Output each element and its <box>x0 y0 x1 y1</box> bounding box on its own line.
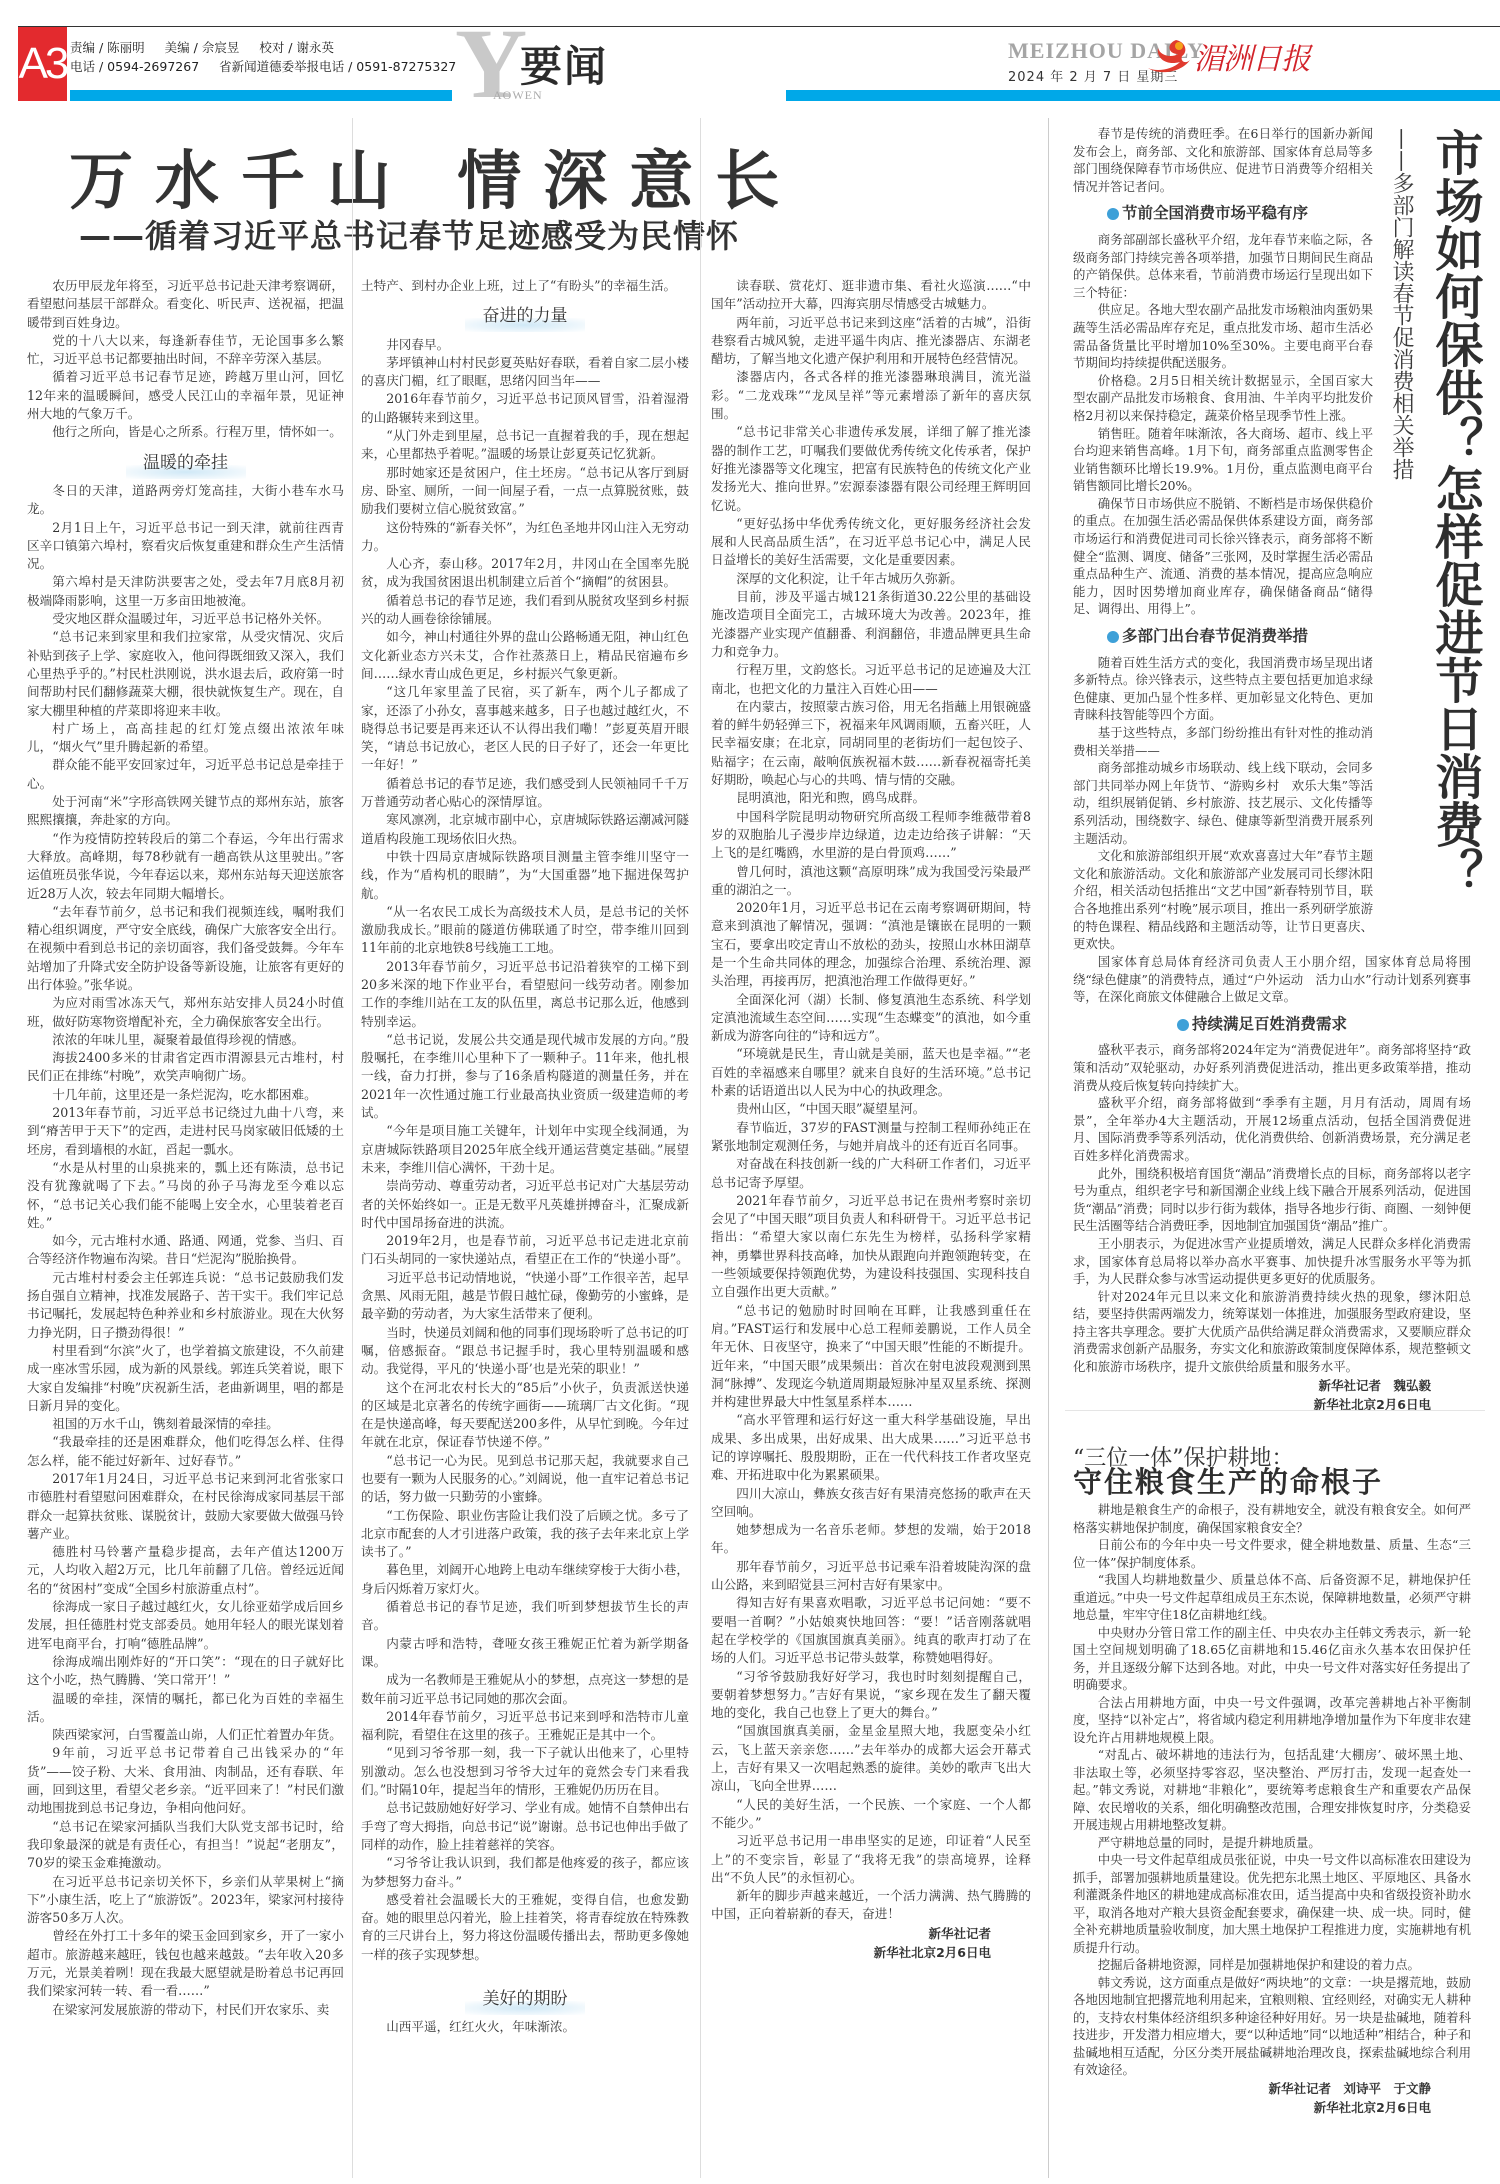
paragraph: 曾几何时，滇池这颗“高原明珠”成为我国受污染最严重的湖泊之一。 <box>711 863 1031 900</box>
lead-article-column-3: 读春联、赏花灯、逛非遗市集、看社火巡演……“中国年”活动拉开大幕，四海宾朋尽情感… <box>711 277 1031 2184</box>
paragraph: 成为一名教师是王雅妮从小的梦想，点亮这一梦想的是数年前习近平总书记同她的那次会面… <box>361 1671 689 1708</box>
section-subhead: 美好的期盼 <box>361 1990 689 2008</box>
paragraph: “我最牵挂的还是困难群众，他们吃得怎么样、住得怎么样，能不能过好新年、过好春节。… <box>27 1433 344 1470</box>
paper-logo: 湄洲日报 <box>1146 34 1310 78</box>
paragraph: “国旗国旗真美丽，金星金星照大地，我愿变朵小红云，飞上蓝天亲亲您……”去年举办的… <box>711 1722 1031 1795</box>
paragraph: 行程万里，文韵悠长。习近平总书记的足迹遍及大江南北，也把文化的力量注入百姓心田—… <box>711 661 1031 698</box>
paragraph: 曾经在外打工十多年的梁玉金回到家乡，开了一家小超市。旅游越来越旺，钱包也越来越鼓… <box>27 1927 344 2000</box>
column-body: 井冈春早。茅坪镇神山村村民彭夏英贴好春联，看着自家二层小楼的喜庆门楣，红了眼眶，… <box>361 336 689 1964</box>
paragraph: “水是从村里的山泉挑来的，瓢上还有陈渍，总书记没有犹豫就喝了下去。”马岗的孙子马… <box>27 1159 344 1232</box>
paragraph: 两年前，习近平总书记来到这座“活着的古城”，沿街巷察看古城风貌，走进平遥牛肉店、… <box>711 314 1031 369</box>
editor-credits: 责编 / 陈丽明 美编 / 佘宸昱 校对 / 谢永英 电话 / 0594-269… <box>70 38 472 76</box>
paragraph: 王小朋表示，为促进冰雪产业提质增效，满足人民群众多样化消费需求，国家体育总局将以… <box>1073 1235 1471 1288</box>
paragraph: 祖国的万水千山，镌刻着最深情的牵挂。 <box>27 1415 344 1433</box>
paragraph: “见到习爷爷那一刻，我一下子就认出他来了，心里特别激动。怎么也没想到习爷爷大过年… <box>361 1744 689 1799</box>
paragraph: 如今，元古堆村水通、路通、网通，党参、当归、百合等经济作物遍布沟梁。昔日“烂泥沟… <box>27 1232 344 1269</box>
paragraph: 人心齐，泰山移。2017年2月，井冈山在全国率先脱贫，成为我国贫困退出机制建立后… <box>361 555 689 592</box>
credits-line-1: 责编 / 陈丽明 美编 / 佘宸昱 校对 / 谢永英 <box>70 38 472 57</box>
farmland-article: “三位一体”保护耕地： 守住粮食生产的命根子 耕地是粮食生产的命根子，没有耕地安… <box>1073 1450 1471 2117</box>
paragraph: 井冈春早。 <box>361 336 689 354</box>
paragraph: 价格稳。2月5日相关统计数据显示，全国百家大型农副产品批发市场粮食、食用油、牛羊… <box>1073 372 1373 425</box>
paragraph: “总书记非常关心非遗传承发展，详细了解了推光漆器的制作工艺，叮嘱我们要做优秀传统… <box>711 423 1031 514</box>
byline-dateline: 新华社北京2月6日电 <box>711 1943 1031 1962</box>
paragraph: 中央财办分管日常工作的副主任、中央农办主任韩文秀表示，新一轮国土空间规划明确了1… <box>1073 1624 1471 1694</box>
paragraph: 徐海成一家日子越过越红火，女儿徐亚茹学成后回乡发展，担任德胜村党支部委员。她用年… <box>27 1598 344 1653</box>
section-subhead: 奋进的力量 <box>361 307 689 325</box>
paragraph: 在内蒙古，按照蒙古族习俗，用无名指蘸上用银碗盛着的鲜牛奶轻弹三下，祝福来年风调雨… <box>711 698 1031 789</box>
right-article-body: 春节是传统的消费旺季。在6日举行的国新办新闻发布会上，商务部、文化和旅游部、国家… <box>1073 125 1373 953</box>
paragraph: 这个在河北农村长大的“85后”小伙子，负责派送快递的区域是北京著名的传统字画街—… <box>361 1379 689 1452</box>
paragraph: 贵州山区，“中国天眼”凝望星河。 <box>711 1100 1031 1118</box>
column-divider <box>1048 118 1049 2178</box>
paragraph: 读春联、赏花灯、逛非遗市集、看社火巡演……“中国年”活动拉开大幕，四海宾朋尽情感… <box>711 277 1031 314</box>
paragraph: 2013年春节前夕，习近平总书记沿着狭窄的工梯下到20多米深的地下作业平台，看望… <box>361 958 689 1031</box>
paragraph: “更好弘扬中华优秀传统文化，更好服务经济社会发展和人民高品质生活”，在习近平总书… <box>711 515 1031 570</box>
proofreader: 校对 / 谢永英 <box>259 40 334 55</box>
paragraph: 处于河南“米”字形高铁网关键节点的郑州东站，旅客熙熙攘攘，奔赴家的方向。 <box>27 793 344 830</box>
paragraph: 感受着社会温暖长大的王雅妮，变得自信，也愈发勤奋。她的眼里总闪着光，脸上挂着笑，… <box>361 1891 689 1964</box>
bullet-dot-icon <box>1107 208 1119 220</box>
paragraph: 耕地是粮食生产的命根子，没有耕地安全，就没有粮食安全。如何严格落实耕地保护制度，… <box>1073 1501 1471 1536</box>
section-subhead: 温暖的牵挂 <box>27 454 344 472</box>
paragraph: 商务部推动城乡市场联动、线上线下联动，会同多部门共同举办网上年货节、“游购乡村 … <box>1073 759 1373 847</box>
paragraph: “人民的美好生活，一个民族、一个家庭、一个人都不能少。” <box>711 1796 1031 1833</box>
paragraph: 他行之所向，皆是心之所系。行程万里，情怀如一。 <box>27 423 344 441</box>
paragraph: “总书记说，发展公共交通是现代城市发展的方向。”殷殷嘱托，在李维川心里种下了一颗… <box>361 1031 689 1122</box>
paragraph: 随着百姓生活方式的变化，我国消费市场呈现出诸多新特点。徐兴锋表示，这些特点主要包… <box>1073 654 1373 724</box>
byline-dateline: 新华社北京2月6日电 <box>1073 2098 1471 2117</box>
paragraph: 那时她家还是贫困户，住土坯房。“总书记从客厅到厨房、卧室、厕所，一间一间屋子看，… <box>361 464 689 519</box>
paragraph: 中国科学院昆明动物研究所高级工程师李维薇带着8岁的双胞胎儿子漫步岸边绿道，边走边… <box>711 808 1031 863</box>
paragraph: 德胜村马铃薯产量稳步提高，去年产值达1200万元，人均收入超2万元，比几年前翻了… <box>27 1543 344 1598</box>
paragraph: “我国人均耕地数量少、质量总体不高、后备资源不足，耕地保护任重道远。”中央一号文… <box>1073 1571 1471 1624</box>
paragraph: 海拔2400多米的甘肃省定西市渭源县元古堆村，村民们正在排练“村晚”，欢笑声响彻… <box>27 1049 344 1086</box>
art-editor: 美编 / 佘宸昱 <box>165 40 240 55</box>
paragraph: 漆器店内，各式各样的推光漆器琳琅满目，流光溢彩。“二龙戏珠”“龙凤呈祥”等元素增… <box>711 368 1031 423</box>
paragraph: “习爷爷鼓励我好好学习，我也时时刻刻提醒自己，要朝着梦想努力。”吉好有果说，“家… <box>711 1668 1031 1723</box>
paragraph: 2014年春节前夕，习近平总书记来到呼和浩特市儿童福利院，看望住在这里的孩子。王… <box>361 1708 689 1745</box>
paragraph: 受灾地区群众温暖过年，习近平总书记格外关怀。 <box>27 610 344 628</box>
paragraph: 温暖的牵挂，深情的嘱托，都已化为百姓的幸福生活。 <box>27 1690 344 1727</box>
paragraph: 2019年2月，也是春节前，习近平总书记走进北京前门石头胡同的一家快递站点，看望… <box>361 1232 689 1269</box>
accent-bar-left <box>70 90 452 101</box>
paragraph: 2017年1月24日，习近平总书记来到河北省张家口市德胜村看望慰问困难群众，在村… <box>27 1470 344 1543</box>
paragraph: 循着总书记的春节足迹，我们看到从脱贫攻坚到乡村振兴的动人画卷徐徐铺展。 <box>361 592 689 629</box>
paragraph: 新年的脚步声越来越近，一个活力满满、热气腾腾的中国，正向着崭新的春天，奋进！ <box>711 1887 1031 1924</box>
paragraph: 十几年前，这里还是一条烂泥沟，吃水都困难。 <box>27 1086 344 1104</box>
paragraph: 暮色里，刘阔开心地跨上电动车继续穿梭于大街小巷，身后闪烁着万家灯火。 <box>361 1561 689 1598</box>
paragraph: “去年春节前夕，总书记和我们视频连线，嘱咐我们精心组织调度，严守安全底线，确保广… <box>27 903 344 994</box>
paragraph: 如今，神山村通往外界的盘山公路畅通无阻，神山红色文化新业态方兴未艾，合作社蒸蒸日… <box>361 628 689 683</box>
paragraph: 习近平总书记动情地说，“快递小哥”工作很辛苦，起早贪黑、风雨无阻，越是节假日越忙… <box>361 1269 689 1324</box>
credits-line-2: 电话 / 0594-2697267 省新闻道德委举报电话 / 0591-8727… <box>70 57 472 76</box>
paragraph: 寒风凛冽，北京城市副中心，京唐城际铁路运潮减河隧道盾构段施工现场依旧火热。 <box>361 811 689 848</box>
paragraph: “高水平管理和运行好这一重大科学基础设施，早出成果、多出成果，出好成果、出大成果… <box>711 1411 1031 1484</box>
paragraph: 群众能不能平安回家过年，习近平总书记总是牵挂于心。 <box>27 756 344 793</box>
paragraph: 习近平总书记用一串串坚实的足迹，印证着“人民至上”的不变宗旨，彰显了“我将无我”… <box>711 1832 1031 1887</box>
paragraph: 中央一号文件起草组成员张征说，中央一号文件以高标准农田建设为抓手，部署加强耕地质… <box>1073 1851 1471 1956</box>
paragraph: 四川大凉山，彝族女孩吉好有果清亮悠扬的歌声在天空回响。 <box>711 1485 1031 1522</box>
paragraph: “习爷爷让我认识到，我们都是他疼爱的孩子，都应该为梦想努力奋斗。” <box>361 1854 689 1891</box>
paragraph: 冬日的天津，道路两旁灯笼高挂，大街小巷车水马龙。 <box>27 482 344 519</box>
column-body: 读春联、赏花灯、逛非遗市集、看社火巡演……“中国年”活动拉开大幕，四海宾朋尽情感… <box>711 277 1031 1924</box>
paragraph: 严守耕地总量的同时，是提升耕地质量。 <box>1073 1834 1471 1852</box>
paragraph: “总书记一心为民。见到总书记那天起，我就要求自己也要有一颗为人民服务的心。”刘阔… <box>361 1452 689 1507</box>
article-headline: 守住粮食生产的命根子 <box>1073 1474 1471 1492</box>
masthead: A3 责编 / 陈丽明 美编 / 佘宸昱 校对 / 谢永英 电话 / 0594-… <box>0 0 1500 108</box>
paragraph: 她梦想成为一名音乐老师。梦想的发端，始于2018年。 <box>711 1521 1031 1558</box>
paragraph: “这几年家里盖了民宿，买了新车，两个儿子都成了家，还添了小孙女，喜事越来越多，日… <box>361 683 689 774</box>
paragraph: 那年春节前夕，习近平总书记乘车沿着坡陡沟深的盘山公路，来到昭觉县三河村吉好有果家… <box>711 1558 1031 1595</box>
paragraph: “对乱占、破坏耕地的违法行为，包括乱建‘大棚房’、破坏黑土地、非法取土等，必须坚… <box>1073 1746 1471 1834</box>
paragraph: 在习近平总书记亲切关怀下，乡亲们从苹果树上“摘下”小康生活，吃上了“旅游饭”。2… <box>27 1873 344 1928</box>
paragraph: 为应对雨雪冰冻天气，郑州东站安排人员24小时值班，做好防寒物资增配补充，全力确保… <box>27 994 344 1031</box>
paragraph: 商务部副部长盛秋平介绍，龙年春节来临之际，各级商务部门持续完善各项举措，加强节日… <box>1073 231 1373 301</box>
accent-bar-right <box>786 90 1500 101</box>
section-subhead: 节前全国消费市场平稳有序 <box>1107 205 1373 223</box>
column-body: 冬日的天津，道路两旁灯笼高挂，大街小巷车水马龙。2月1日上午，习近平总书记一到天… <box>27 482 344 2019</box>
paragraph: 元古堆村村委会主任郭连兵说：“总书记鼓励我们发扬自强自立精神，找准发展路子、苦干… <box>27 1269 344 1342</box>
lead-headline: 万水千山 情深意长 <box>69 130 801 222</box>
paragraph: 循着总书记的春节足迹，我们听到梦想拔节生长的声音。 <box>361 1598 689 1635</box>
paragraph: “总书记的勉励时时回响在耳畔，让我感到重任在肩。”FAST运行和发展中心总工程师… <box>711 1302 1031 1412</box>
paragraph: 村里看到“尔滨”火了，也学着搞文旅建设，不久前建成一座冰雪乐园，成为新的风景线。… <box>27 1342 344 1415</box>
paragraph: 昆明滇池，阳光和煦，鸥鸟成群。 <box>711 789 1031 807</box>
right-article-body-wide: 国家体育总局体育经济司负责人王小朋介绍，国家体育总局将围绕“绿色健康”的消费特点… <box>1073 953 1471 1414</box>
chief-editor: 责编 / 陈丽明 <box>70 40 145 55</box>
paragraph: 得知吉好有果喜欢唱歌，习近平总书记问她：“要不要唱一首啊？”小姑娘爽快地回答：“… <box>711 1594 1031 1667</box>
paragraph: “总书记来到家里和我们拉家常，从受灾情况、灾后补贴到孩子上学、家庭收入，他问得既… <box>27 628 344 719</box>
paragraph: 茅坪镇神山村村民彭夏英贴好春联，看着自家二层小楼的喜庆门楣，红了眼眶，思绪闪回当… <box>361 354 689 391</box>
paragraph: 此外，围绕积极培育国货“潮品”消费增长点的目标，商务部将以老字号为重点，组织老字… <box>1073 1165 1471 1235</box>
paragraph: 盛秋平表示，商务部将2024年定为“消费促进年”。商务部将坚持“政策和活动”双轮… <box>1073 1041 1471 1094</box>
paragraph: “环境就是民生，青山就是美丽，蓝天也是幸福。”“老百姓的幸福感来自哪里？就来自良… <box>711 1045 1031 1100</box>
paragraph: 村广场上，高高挂起的红灯笼点缀出浓浓年味儿，“烟火气”里升腾起新的希望。 <box>27 720 344 757</box>
paragraph: 徐海成端出刚炸好的“开口笑”：“现在的日子就好比这个小吃，热气腾腾、‘笑口常开’… <box>27 1653 344 1690</box>
paragraph: “从门外走到里屋，总书记一直握着我的手，现在想起来，心里都热乎着呢。”温暖的场景… <box>361 427 689 464</box>
phone: 电话 / 0594-2697267 <box>70 59 199 74</box>
paragraph: 崇尚劳动、尊重劳动者，习近平总书记对广大基层劳动者的关怀始终如一。正是无数平凡英… <box>361 1177 689 1232</box>
top-rule <box>18 26 1500 27</box>
article-separator <box>1065 1410 1485 1411</box>
paragraph: 盛秋平介绍，商务部将做到“季季有主题，月月有活动，周周有场景”，全年举办4大主题… <box>1073 1094 1471 1164</box>
byline-reporter: 新华社记者 魏弘毅 <box>1073 1376 1471 1395</box>
paper-name-cn: 湄洲日报 <box>1194 34 1310 78</box>
paragraph: 9年前，习近平总书记带着自己出钱采办的“年货”——饺子粉、大米、食用油、肉制品，… <box>27 1744 344 1817</box>
paragraph: 山西平遥，红红火火，年味渐浓。 <box>361 2018 689 2036</box>
paragraph: 目前，涉及平遥古城121条街道30.22公里的基础设施改造项目全面完工，古城环境… <box>711 588 1031 661</box>
paragraph: 2013年春节前，习近平总书记绕过九曲十八弯，来到“瘠苦甲于天下”的定西，走进村… <box>27 1104 344 1159</box>
section-pinyin: AOWEN <box>493 88 543 103</box>
paragraph: 全面深化河（湖）长制、修复滇池生态系统、科学划定滇池流域生态空间……实现“生态蝶… <box>711 991 1031 1046</box>
paragraph: 陕西梁家河，白雪覆盖山峁，人们正忙着置办年货。 <box>27 1726 344 1744</box>
paragraph: 挖掘后备耕地资源，同样是加强耕地保护和建设的着力点。 <box>1073 1956 1471 1974</box>
paragraph: “总书记在梁家河插队当我们大队党支部书记时，给我印象最深的就是有责任心，有担当！… <box>27 1818 344 1873</box>
paragraph: 日前公布的今年中央一号文件要求，健全耕地数量、质量、生态“三位一体”保护制度体系… <box>1073 1536 1471 1571</box>
paragraph: 中铁十四局京唐城际铁路项目测量主管李维川坚守一线，作为“盾构机的眼睛”，为“大国… <box>361 848 689 903</box>
paragraph: 内蒙古呼和浩特，聋哑女孩王雅妮正忙着为新学期备课。 <box>361 1635 689 1672</box>
paragraph-continued: 土特产、到村办企业上班，过上了“有盼头”的幸福生活。 <box>361 277 689 295</box>
paragraph: 循着习近平总书记春节足迹，跨越万里山河，回忆12年来的温暖瞬间，感受人民江山的幸… <box>27 368 344 423</box>
paragraph: 2021年春节前夕，习近平总书记在贵州考察时亲切会见了“中国天眼”项目负责人和科… <box>711 1192 1031 1302</box>
paragraph: “今年是项目施工关键年，计划年中实现全线洞通，为京唐城际铁路项目2025年底全线… <box>361 1122 689 1177</box>
paragraph: “作为疫情防控转段后的第二个春运，今年出行需求大释放。高峰期，每78秒就有一趟高… <box>27 830 344 903</box>
intro-block: 农历甲辰龙年将至，习近平总书记赴天津考察调研，看望慰问基层干部群众。看变化、听民… <box>27 277 344 442</box>
paragraph: 总书记鼓励她好好学习、学业有成。她情不自禁伸出右手弯了弯大拇指，向总书记“说”谢… <box>361 1799 689 1854</box>
paragraph: 当时，快递员刘阔和他的同事们现场聆听了总书记的叮嘱，倍感振奋。“跟总书记握手时，… <box>361 1324 689 1379</box>
section-subhead: 持续满足百姓消费需求 <box>1177 1016 1471 1034</box>
paragraph: 2020年1月，习近平总书记在云南考察调研期间，特意来到滇池了解情况，强调：“滇… <box>711 899 1031 990</box>
article-body: 耕地是粮食生产的命根子，没有耕地安全，就没有粮食安全。如何严格落实耕地保护制度，… <box>1073 1501 1471 2079</box>
paragraph: 国家体育总局体育经济司负责人王小朋介绍，国家体育总局将围绕“绿色健康”的消费特点… <box>1073 953 1471 1006</box>
page-number-badge: A3 <box>18 27 67 101</box>
lead-subheadline: ——循着习近平总书记春节足迹感受为民情怀 <box>79 211 739 257</box>
column-divider <box>352 118 353 2178</box>
paragraph: 韩文秀说，这方面重点是做好“两块地”的文章：一块是撂荒地，鼓励各地因地制宜把撂荒… <box>1073 1974 1471 2079</box>
paragraph: 浓浓的年味儿里，凝聚着最值得珍视的情感。 <box>27 1031 344 1049</box>
bullet-dot-icon <box>1177 1019 1189 1031</box>
paragraph: 春节临近，37岁的FAST测量与控制工程师孙纯正在紧张地制定观测任务，与她并肩战… <box>711 1119 1031 1156</box>
section-subhead: 多部门出台春节促消费举措 <box>1107 628 1373 646</box>
report-phone: 省新闻道德委举报电话 / 0591-87275327 <box>219 59 456 74</box>
column-divider <box>700 118 701 2178</box>
paragraph: 春节是传统的消费旺季。在6日举行的国新办新闻发布会上，商务部、文化和旅游部、国家… <box>1073 125 1373 195</box>
logo-swoosh-icon <box>1146 38 1192 74</box>
paragraph: 在梁家河发展旅游的带动下，村民们开农家乐、卖 <box>27 2001 344 2019</box>
paragraph: 深厚的文化积淀，让千年古城历久弥新。 <box>711 570 1031 588</box>
paragraph: 2016年春节前夕，习近平总书记顶风冒雪，沿着湿滑的山路辗转来到这里。 <box>361 390 689 427</box>
paragraph: 销售旺。随着年味渐浓，各大商场、超市、线上平台均迎来销售高峰。1月下旬，商务部重… <box>1073 425 1373 495</box>
section-title: 要闻 <box>520 34 608 94</box>
paragraph: 对奋战在科技创新一线的广大科研工作者们，习近平总书记寄予厚望。 <box>711 1155 1031 1192</box>
right-article-headline: 市场如何保供？怎样促进节日消费？ <box>1418 128 1480 896</box>
paragraph: 循着总书记的春节足迹，我们感受到人民领袖同千千万万普通劳动者心贴心的深情厚谊。 <box>361 775 689 812</box>
byline-reporter: 新华社记者 刘诗平 于文静 <box>1073 2079 1471 2098</box>
paragraph: “从一名农民工成长为高级技术人员，是总书记的关怀激励我成长。”眼前的隧道仿佛联通… <box>361 903 689 958</box>
paragraph: 这份特殊的“新春关怀”，为红色圣地井冈山注入无穷动力。 <box>361 519 689 556</box>
lead-article-column-1: 农历甲辰龙年将至，习近平总书记赴天津考察调研，看望慰问基层干部群众。看变化、听民… <box>27 277 344 2184</box>
paragraph: 第六埠村是天津防洪要害之处，受去年7月底8月初极端降雨影响，这里一万多亩田地被淹… <box>27 573 344 610</box>
paragraph: 合法占用耕地方面，中央一号文件强调，改革完善耕地占补平衡制度，坚持“以补定占”，… <box>1073 1694 1471 1747</box>
paragraph: 农历甲辰龙年将至，习近平总书记赴天津考察调研，看望慰问基层干部群众。看变化、听民… <box>27 277 344 332</box>
lead-article-column-2: 土特产、到村办企业上班，过上了“有盼头”的幸福生活。 奋进的力量 井冈春早。茅坪… <box>361 277 689 2184</box>
paragraph: 供应足。各地大型农副产品批发市场粮油肉蛋奶果蔬等生活必需品库存充足，重点批发市场… <box>1073 301 1373 371</box>
paragraph: “工伤保险、职业伤害险让我们没了后顾之忧。多亏了北京市配套的人才引进落户政策，我… <box>361 1507 689 1562</box>
paragraph: 党的十八大以来，每逢新春佳节，无论国事多么繁忙，习近平总书记都要抽出时间，不辞辛… <box>27 332 344 369</box>
paragraph: 文化和旅游部组织开展“欢欢喜喜过大年”春节主题文化和旅游活动。文化和旅游部产业发… <box>1073 847 1373 953</box>
paragraph: 针对2024年元旦以来文化和旅游消费持续火热的现象，缪沐阳总结，要坚持供需两端发… <box>1073 1288 1471 1376</box>
right-article-subheadline: ——多部门解读春节促消费相关举措 <box>1385 128 1413 480</box>
paragraph: 确保节日市场供应不脱销、不断档是市场保供稳价的重点。在加强生活必需品保供体系建设… <box>1073 495 1373 618</box>
bullet-dot-icon <box>1107 631 1119 643</box>
paragraph: 基于这些特点，多部门纷纷推出有针对性的推动消费相关举措—— <box>1073 724 1373 759</box>
paragraph: 2月1日上午，习近平总书记一到天津，就前往西青区辛口镇第六埠村，察看灾后恢复重建… <box>27 519 344 574</box>
byline-reporter: 新华社记者 <box>711 1924 1031 1943</box>
